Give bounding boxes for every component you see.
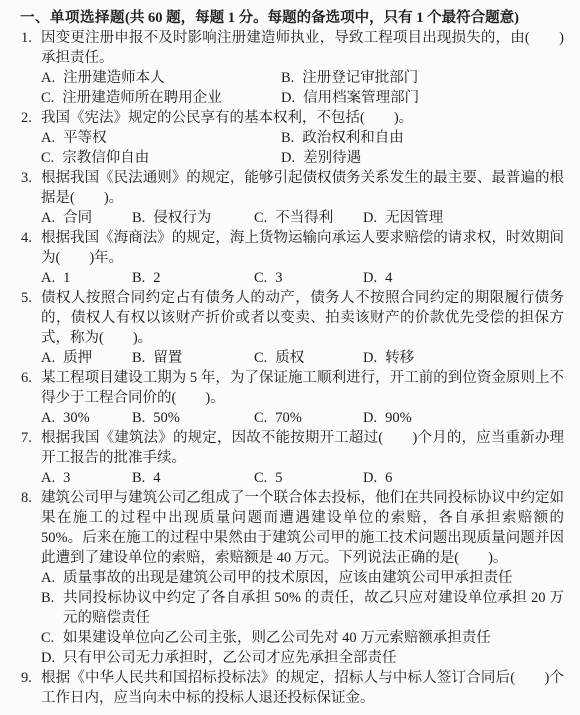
question-number: 9. [21, 668, 41, 688]
section-header: 一、单项选择题(共 60 题，每题 1 分。每题的备选项中，只有 1 个最符合题… [20, 8, 564, 28]
option-label: C. [254, 470, 267, 486]
option-text: 90% [385, 410, 412, 426]
option-text: 质权 [275, 350, 304, 366]
question-number: 1. [21, 28, 41, 48]
option-text: 注册建造师本人 [63, 70, 165, 86]
option-text: 宗教信仰自由 [62, 150, 149, 166]
question-text: 我国《宪法》规定的公民享有的基本权利，不包括( )。 [41, 108, 564, 128]
question-text: 建筑公司甲与建筑公司乙组成了一个联合体去投标，他们在共同投标协议中约定如果在施工… [41, 488, 564, 568]
question-5-options: A.质押B.留置C.质权D.转移 [41, 348, 564, 368]
question-6-options: A.30%B.50%C.70%D.90% [41, 408, 564, 428]
option-B: B.侵权行为 [132, 208, 254, 228]
option-B: B.注册登记审批部门 [281, 68, 564, 88]
option-text: 不当得利 [275, 210, 333, 226]
option-text: 30% [63, 410, 90, 426]
option-text: 合同 [63, 210, 92, 226]
option-text: 4 [385, 270, 392, 286]
question-6: 6.某工程项目建设工期为 5 年，为了保证施工顺利进行，开工前的到位资金原则上不… [20, 368, 564, 428]
option-D: D.4 [363, 268, 564, 288]
question-3-options: A.合同B.侵权行为C.不当得利D.无因管理 [41, 208, 564, 228]
option-A: A.合同 [41, 208, 132, 228]
option-label: A. [41, 568, 55, 588]
option-label: C. [41, 150, 54, 166]
option-label: D. [281, 150, 295, 166]
option-text: 5 [275, 470, 282, 486]
option-A: A.3 [41, 468, 132, 488]
option-C: C.不当得利 [254, 208, 363, 228]
option-D: D.6 [363, 468, 564, 488]
option-A: A.注册建造师本人 [41, 68, 281, 88]
option-C: C.70% [254, 408, 363, 428]
option-A: A.质押 [41, 348, 132, 368]
option-text: 侵权行为 [153, 210, 211, 226]
section-title: 一、单项选择题 [20, 10, 125, 26]
option-label: B. [132, 410, 145, 426]
option-label: A. [41, 410, 55, 426]
option-C: C.如果建设单位向乙公司主张，则乙公司先对 40 万元索赔额承担责任 [41, 628, 564, 648]
question-text: 根据我国《民法通则》的规定，能够引起债权债务关系发生的最主要、最普遍的根据是( … [41, 168, 564, 208]
option-label: A. [41, 210, 55, 226]
option-text: 如果建设单位向乙公司主张，则乙公司先对 40 万元索赔额承担责任 [63, 630, 491, 646]
question-3: 3.根据我国《民法通则》的规定，能够引起债权债务关系发生的最主要、最普遍的根据是… [20, 168, 564, 228]
option-label: C. [254, 270, 267, 286]
option-text: 6 [385, 470, 392, 486]
option-C: C.5 [254, 468, 363, 488]
question-2-options: A.平等权B.政治权利和自由C.宗教信仰自由D.差别待遇 [41, 128, 564, 168]
option-label: B. [132, 350, 145, 366]
option-text: 4 [153, 470, 160, 486]
question-5: 5.债权人按照合同约定占有债务人的动产，债务人不按照合同约定的期限履行债务的，债… [20, 288, 564, 368]
question-8: 8.建筑公司甲与建筑公司乙组成了一个联合体去投标，他们在共同投标协议中约定如果在… [20, 488, 564, 668]
option-B: B.留置 [132, 348, 254, 368]
option-label: D. [363, 410, 377, 426]
question-number: 8. [21, 488, 41, 508]
option-A: A.质量事故的出现是建筑公司甲的技术原因，应该由建筑公司甲承担责任 [41, 568, 564, 588]
option-label: A. [41, 470, 55, 486]
option-label: D. [363, 270, 377, 286]
option-label: D. [41, 648, 55, 668]
option-label: A. [41, 350, 55, 366]
option-B: B.共同投标协议中约定了各自承担 50% 的责任，故乙只应对建设单位承担 20 … [41, 588, 564, 628]
question-text: 根据我国《海商法》的规定，海上货物运输向承运人要求赔偿的请求权，时效期间为( )… [41, 228, 564, 268]
option-label: A. [41, 70, 55, 86]
option-D: D.差别待遇 [281, 148, 564, 168]
option-label: C. [254, 410, 267, 426]
option-D: D.无因管理 [363, 208, 564, 228]
option-text: 共同投标协议中约定了各自承担 50% 的责任，故乙只应对建设单位承担 20 万元… [63, 590, 564, 626]
section-title-note: (共 60 题，每题 1 分。每题的备选项中，只有 1 个最符合题意) [125, 10, 519, 26]
option-text: 政治权利和自由 [302, 130, 404, 146]
option-text: 平等权 [63, 130, 107, 146]
option-label: C. [254, 210, 267, 226]
option-label: B. [281, 130, 294, 146]
option-text: 1 [63, 270, 70, 286]
option-label: D. [281, 90, 295, 106]
option-label: B. [281, 70, 294, 86]
option-C: C.质权 [254, 348, 363, 368]
option-label: B. [41, 588, 54, 608]
question-number: 4. [21, 228, 41, 248]
option-label: C. [254, 350, 267, 366]
question-number: 2. [21, 108, 41, 128]
question-number: 7. [21, 428, 41, 448]
option-text: 2 [153, 270, 160, 286]
option-text: 3 [63, 470, 70, 486]
option-label: C. [41, 90, 54, 106]
option-label: D. [363, 210, 377, 226]
option-text: 转移 [385, 350, 414, 366]
option-text: 差别待遇 [303, 150, 361, 166]
option-text: 无因管理 [385, 210, 443, 226]
option-label: B. [132, 270, 145, 286]
option-text: 质押 [63, 350, 92, 366]
question-1-options: A.注册建造师本人B.注册登记审批部门C.注册建造师所在聘用企业D.信用档案管理… [41, 68, 564, 108]
option-text: 留置 [153, 350, 182, 366]
option-D: D.90% [363, 408, 564, 428]
option-label: A. [41, 270, 55, 286]
question-text: 某工程项目建设工期为 5 年，为了保证施工顺利进行，开工前的到位资金原则上不得少… [41, 368, 564, 408]
option-A: A.30% [41, 408, 132, 428]
question-8-options: A.质量事故的出现是建筑公司甲的技术原因，应该由建筑公司甲承担责任B.共同投标协… [41, 568, 564, 668]
option-text: 只有甲公司无力承担时，乙公司才应先承担全部责任 [63, 650, 397, 666]
question-text: 债权人按照合同约定占有债务人的动产，债务人不按照合同约定的期限履行债务的，债权人… [41, 288, 564, 348]
question-7: 7.根据我国《建筑法》的规定，因故不能按期开工超过( )个月的，应当重新办理开工… [20, 428, 564, 488]
option-B: B.政治权利和自由 [281, 128, 564, 148]
questions-list: 1.因变更注册申报不及时影响注册建造师执业，导致工程项目出现损失的，由( )承担… [20, 28, 564, 708]
option-C: C.宗教信仰自由 [41, 148, 281, 168]
option-label: D. [363, 470, 377, 486]
option-label: B. [132, 210, 145, 226]
option-label: A. [41, 130, 55, 146]
option-C: C.3 [254, 268, 363, 288]
option-text: 注册登记审批部门 [302, 70, 418, 86]
question-text: 根据我国《建筑法》的规定，因故不能按期开工超过( )个月的，应当重新办理开工报告… [41, 428, 564, 468]
option-C: C.注册建造师所在聘用企业 [41, 88, 281, 108]
question-9: 9.根据《中华人民共和国招标投标法》的规定，招标人与中标人签订合同后( )个工作… [20, 668, 564, 708]
question-number: 6. [21, 368, 41, 388]
question-7-options: A.3B.4C.5D.6 [41, 468, 564, 488]
option-label: D. [363, 350, 377, 366]
option-text: 50% [153, 410, 180, 426]
option-D: D.信用档案管理部门 [281, 88, 564, 108]
option-text: 信用档案管理部门 [303, 90, 419, 106]
option-label: C. [41, 628, 54, 648]
question-4-options: A.1B.2C.3D.4 [41, 268, 564, 288]
option-D: D.只有甲公司无力承担时，乙公司才应先承担全部责任 [41, 648, 564, 668]
question-2: 2.我国《宪法》规定的公民享有的基本权利，不包括( )。A.平等权B.政治权利和… [20, 108, 564, 168]
option-text: 70% [275, 410, 302, 426]
question-text: 因变更注册申报不及时影响注册建造师执业，导致工程项目出现损失的，由( )承担责任… [41, 28, 564, 68]
option-B: B.50% [132, 408, 254, 428]
option-B: B.4 [132, 468, 254, 488]
question-number: 5. [21, 288, 41, 308]
question-text: 根据《中华人民共和国招标投标法》的规定，招标人与中标人签订合同后( )个工作日内… [41, 668, 564, 708]
question-4: 4.根据我国《海商法》的规定，海上货物运输向承运人要求赔偿的请求权，时效期间为(… [20, 228, 564, 288]
question-number: 3. [21, 168, 41, 188]
option-B: B.2 [132, 268, 254, 288]
question-1: 1.因变更注册申报不及时影响注册建造师执业，导致工程项目出现损失的，由( )承担… [20, 28, 564, 108]
option-A: A.1 [41, 268, 132, 288]
option-text: 注册建造师所在聘用企业 [62, 90, 222, 106]
option-D: D.转移 [363, 348, 564, 368]
option-A: A.平等权 [41, 128, 281, 148]
option-text: 3 [275, 270, 282, 286]
option-text: 质量事故的出现是建筑公司甲的技术原因，应该由建筑公司甲承担责任 [63, 570, 513, 586]
option-label: B. [132, 470, 145, 486]
exam-page: 一、单项选择题(共 60 题，每题 1 分。每题的备选项中，只有 1 个最符合题… [0, 0, 580, 715]
